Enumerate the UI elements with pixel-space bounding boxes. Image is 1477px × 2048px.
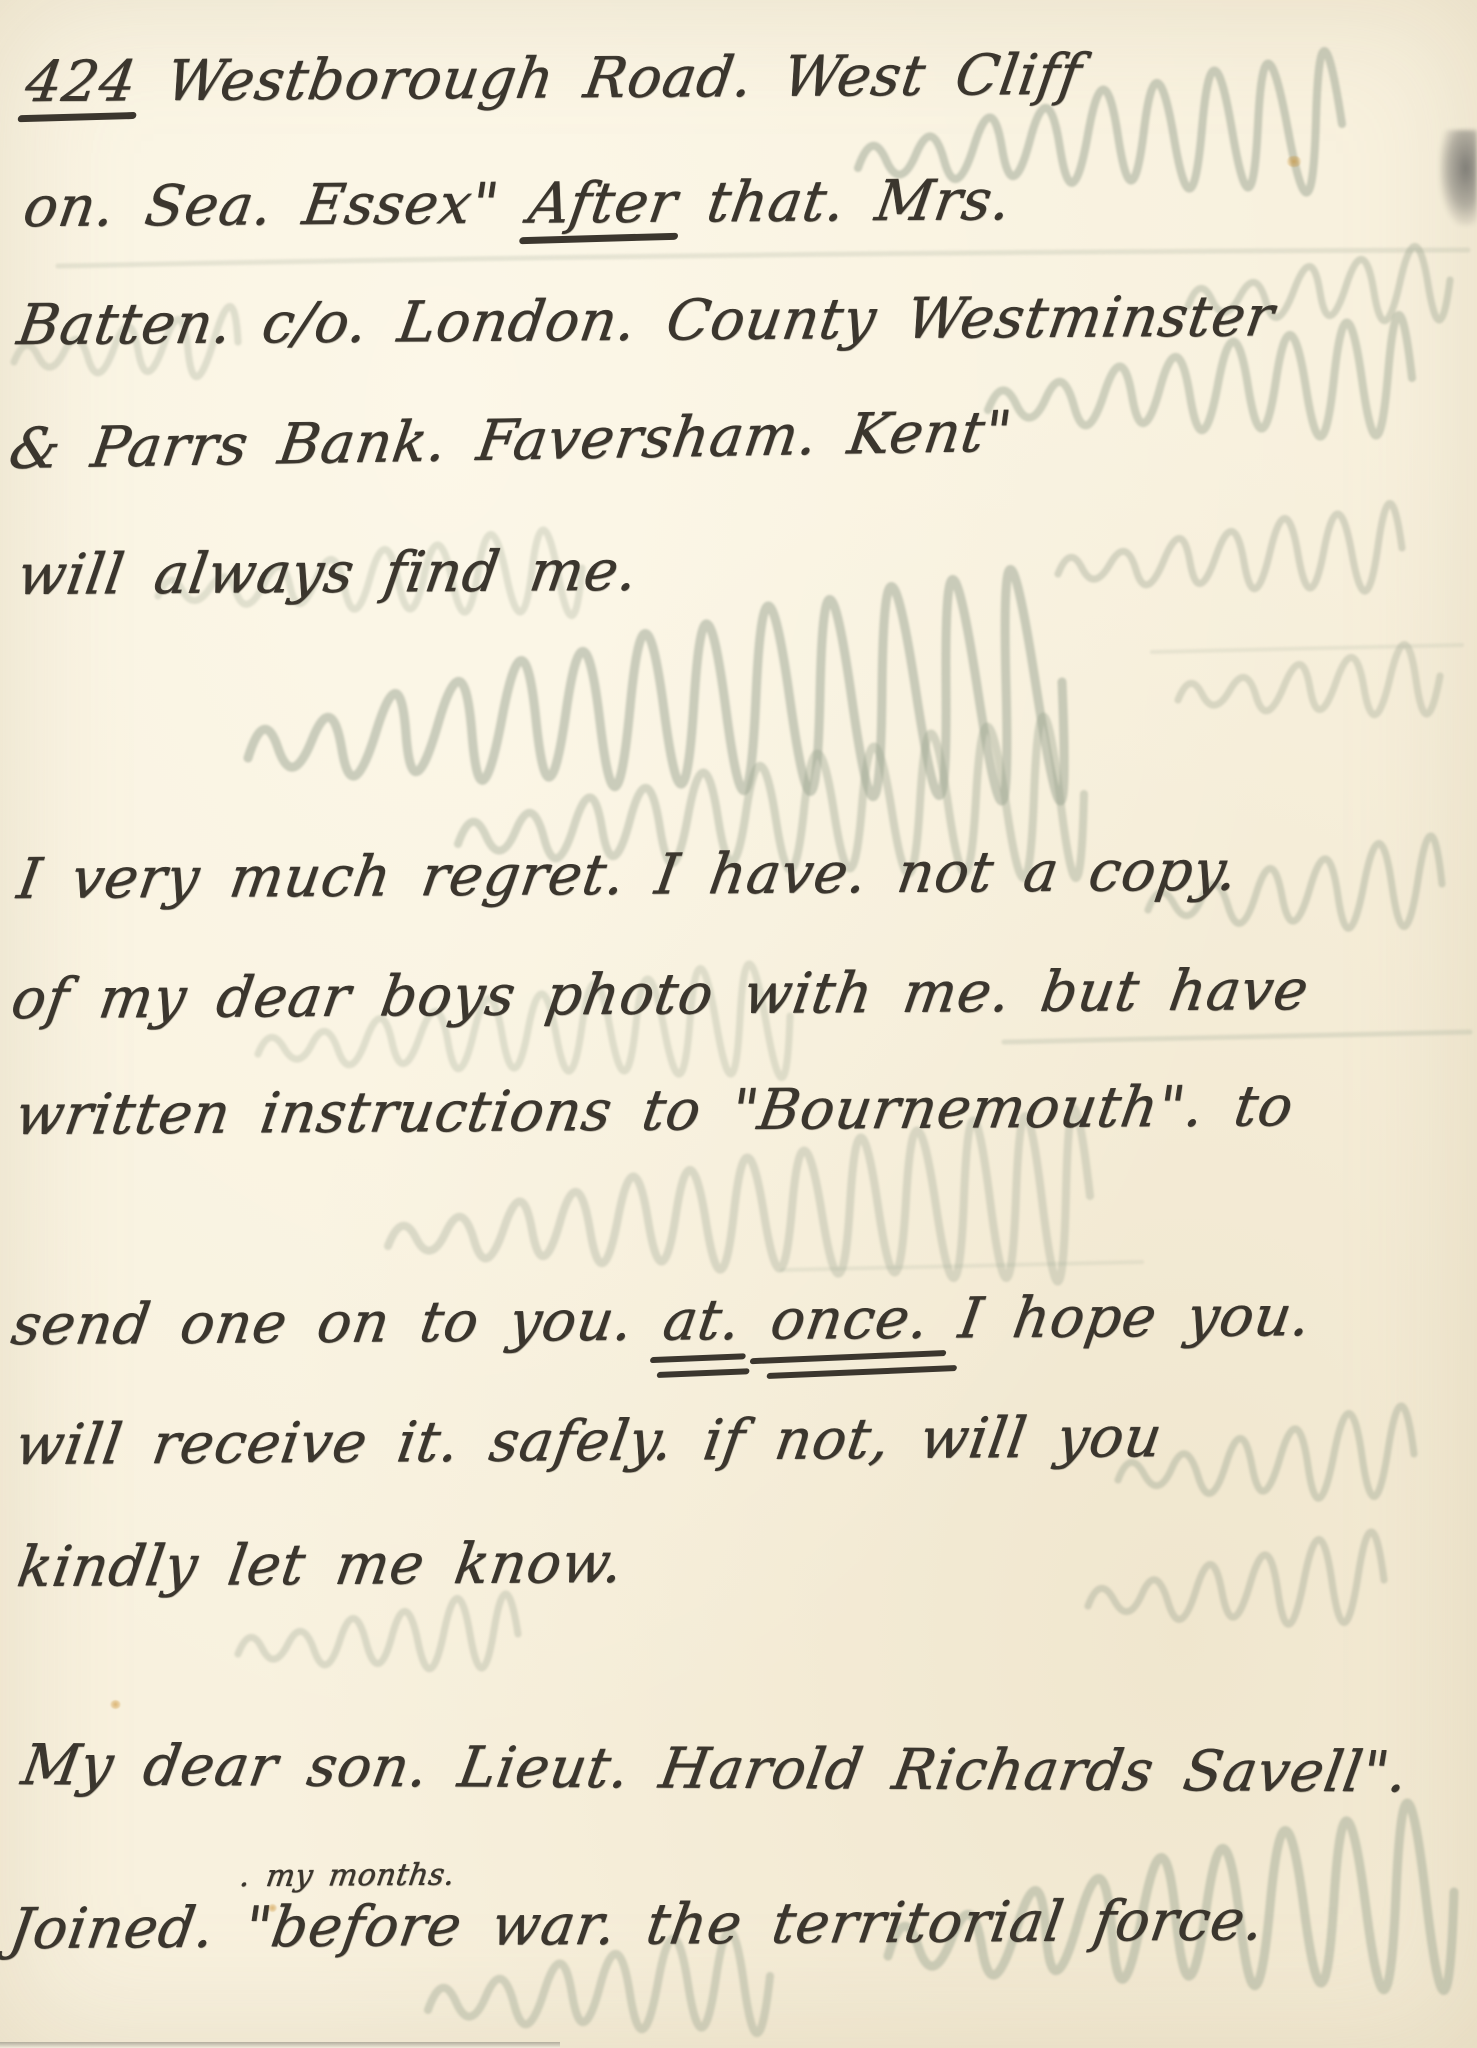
house-number: 424 (22, 54, 140, 111)
address-line-4: & Parrs Bank. Faversham. Kent" (6, 405, 1016, 478)
text-segment: send one on to you. (8, 1293, 668, 1354)
body-line-9: Joined. "before war. the territorial for… (6, 1893, 1268, 1958)
address-line-1: 424 Westborough Road. West Cliff (22, 48, 1086, 111)
body-line-2: I very much regret. I have. not a copy. (14, 843, 1242, 908)
ink-smudge (1439, 130, 1477, 226)
text-segment: will receive it. safely. if not, will yo… (12, 1410, 1166, 1474)
text-segment: written instructions to "Bournemouth". t… (12, 1079, 1297, 1144)
underlined-word: once. (767, 1292, 933, 1349)
paper-stain (268, 1904, 277, 1912)
address-line-3: Batten. c/o. London. County Westminster (14, 289, 1278, 354)
body-line-8: My dear son. Lieut. Harold Richards Save… (18, 1738, 1412, 1801)
text-segment: that. Mrs. (673, 173, 1015, 231)
body-line-1: will always find me. (14, 544, 642, 604)
text-segment: & Parrs Bank. Faversham. Kent" (6, 405, 1016, 478)
text-segment: Westborough Road. West Cliff (132, 48, 1086, 111)
underlined-word: After (525, 175, 681, 232)
interlinear-insertion: . my months. (238, 1861, 457, 1892)
paper-stain (110, 1700, 121, 1709)
text-segment: I hope you. (925, 1289, 1315, 1348)
text-segment: of my dear boys photo with me. but have (8, 963, 1313, 1028)
body-line-5: send one on to you. at. once. I hope you… (8, 1289, 1315, 1354)
address-line-2: on. Sea. Essex" After that. Mrs. (20, 173, 1015, 236)
text-segment: Joined. "before war. the territorial for… (6, 1893, 1268, 1958)
text-segment: kindly let me know. (14, 1536, 627, 1596)
body-line-3: of my dear boys photo with me. but have (8, 963, 1313, 1028)
text-segment: on. Sea. Essex" (20, 176, 534, 236)
scan-edge-artifact (0, 2042, 560, 2048)
letter-page: 424 Westborough Road. West Cliff on. Sea… (0, 0, 1477, 2048)
text-segment: will always find me. (14, 544, 642, 604)
text-segment: My dear son. Lieut. Harold Richards Save… (18, 1738, 1412, 1801)
body-line-6: will receive it. safely. if not, will yo… (12, 1410, 1166, 1474)
underlined-word: at. (660, 1293, 745, 1350)
paper-stain (1286, 156, 1302, 167)
text-segment: Batten. c/o. London. County Westminster (14, 289, 1278, 354)
body-line-7: kindly let me know. (14, 1536, 627, 1596)
text-segment: I very much regret. I have. not a copy. (14, 843, 1242, 908)
body-line-4: written instructions to "Bournemouth". t… (12, 1079, 1297, 1144)
text-segment: . my months. (238, 1861, 457, 1892)
